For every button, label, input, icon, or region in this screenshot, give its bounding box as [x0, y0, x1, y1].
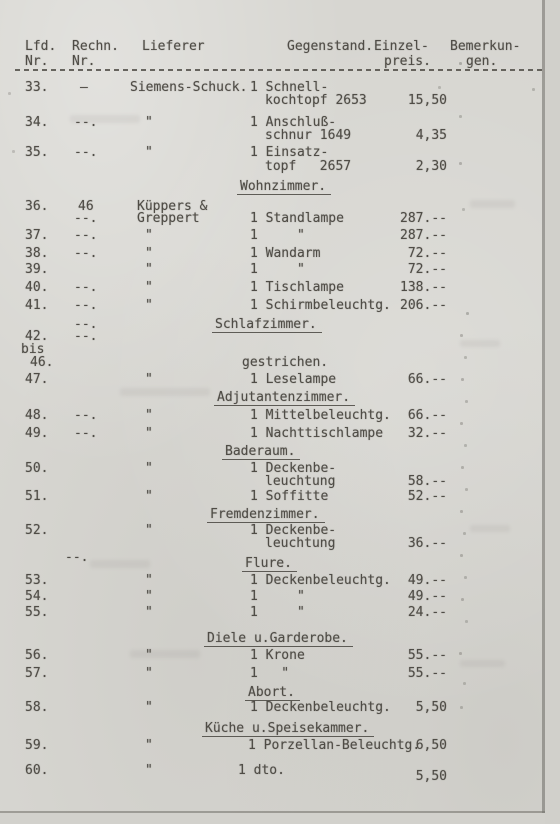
lieferer-cell: Siemens-Schuck.	[130, 81, 247, 94]
bleed-through-mark	[470, 200, 515, 208]
bleed-through-mark	[460, 660, 505, 667]
table-row-continued: --. Greppert 1 Standlampe 287.--	[0, 212, 542, 226]
gegenstand-cell: 1 "	[250, 263, 305, 276]
lfd-nr-cell: 49.	[25, 427, 48, 440]
lfd-nr-cell: 51.	[25, 490, 48, 503]
table-row: 47. " 1 Leselampe 66.--	[0, 373, 542, 387]
table-row-continued: 46. gestrichen.	[0, 356, 542, 370]
einzelpreis-cell: 55.--	[363, 649, 447, 662]
einzelpreis-cell: 66.--	[363, 373, 447, 386]
lieferer-ditto: "	[145, 427, 153, 440]
section-heading-flure: Flure.	[242, 557, 297, 572]
table-row: 48. --. " 1 Mittelbeleuchtg. 66.--	[0, 409, 542, 423]
lieferer-ditto: "	[145, 116, 153, 129]
header-lfd: Lfd.	[25, 40, 56, 53]
table-row-continued: 5,50	[0, 770, 542, 784]
gegenstand-cell: 1 Tischlampe	[250, 281, 344, 294]
section-heading-baderaum: Baderaum.	[222, 445, 300, 460]
einzelpreis-cell: 4,35	[363, 129, 447, 142]
section-row: Baderaum.	[0, 445, 542, 459]
lfd-nr-cell: 38.	[25, 247, 48, 260]
gegenstand-cell: 1 Standlampe	[250, 212, 344, 225]
lieferer-ditto: "	[145, 247, 153, 260]
lfd-nr-cell: 59.	[25, 739, 48, 752]
lfd-nr-cell: 39.	[25, 263, 48, 276]
table-row-continued: topf 2657 2,30	[0, 160, 542, 174]
table-row-continued: kochtopf 2653 15,50	[0, 94, 542, 108]
lieferer-ditto: "	[145, 263, 153, 276]
einzelpreis-cell: 24.--	[363, 606, 447, 619]
gegenstand-cell: 1 "	[250, 606, 305, 619]
gegenstand-cell: 1 Einsatz-	[250, 146, 328, 159]
lieferer-ditto: "	[145, 409, 153, 422]
page-right-margin	[545, 0, 560, 824]
lieferer-ditto: "	[145, 574, 153, 587]
table-row: 53. " 1 Deckenbeleuchtg. 49.--	[0, 574, 542, 588]
rechn-nr-cell: —	[80, 81, 88, 94]
lfd-nr-cell: 35.	[25, 146, 48, 159]
einzelpreis-cell: 287.--	[363, 212, 447, 225]
section-row: Küche u.Speisekammer.	[0, 722, 542, 736]
section-heading-diele-garderobe: Diele u.Garderobe.	[204, 632, 353, 647]
table-row-continued: schnur 1649 4,35	[0, 129, 542, 143]
bleed-through-mark	[70, 115, 140, 123]
lfd-nr-cell: 37.	[25, 229, 48, 242]
gegenstand-cell: 1 "	[250, 229, 305, 242]
lfd-nr-cell: 41.	[25, 299, 48, 312]
section-heading-abort: Abort.	[245, 686, 300, 701]
rechn-nr-cell: --.	[74, 409, 97, 422]
lfd-nr-cell: 48.	[25, 409, 48, 422]
rechn-nr-cell: --.	[74, 146, 97, 159]
rechn-nr-cell: --.	[74, 330, 97, 343]
gegenstand-cell-2: topf 2657	[265, 160, 351, 173]
gegenstand-cell: 1 "	[250, 667, 289, 680]
table-row: 40. --. " 1 Tischlampe 138.--	[0, 281, 542, 295]
rechn-nr-cell: --.	[74, 247, 97, 260]
section-heading-adjutantenzimmer: Adjutantenzimmer.	[214, 391, 355, 406]
gegenstand-cell: 1 "	[250, 590, 305, 603]
einzelpreis-cell: 49.--	[363, 590, 447, 603]
einzelpreis-cell: 2,30	[363, 160, 447, 173]
lieferer-ditto: "	[145, 462, 153, 475]
lieferer-ditto: "	[145, 590, 153, 603]
gegenstand-cell-2: kochtopf 2653	[265, 94, 367, 107]
lieferer-ditto: "	[145, 229, 153, 242]
einzelpreis-cell: 287.--	[363, 229, 447, 242]
rechn-nr-cell: --.	[74, 299, 97, 312]
lfd-nr-cell: 47.	[25, 373, 48, 386]
lieferer-ditto: "	[145, 739, 153, 752]
lfd-nr-cell-2: 46.	[30, 356, 53, 369]
lieferer-ditto: "	[145, 701, 153, 714]
lfd-nr-cell: 58.	[25, 701, 48, 714]
lfd-nr-cell: 54.	[25, 590, 48, 603]
section-row: Fremdenzimmer.	[0, 508, 542, 522]
einzelpreis-cell: 5,50	[363, 770, 447, 783]
header-divider	[15, 69, 542, 71]
lfd-nr-cell: 57.	[25, 667, 48, 680]
gegenstand-cell: 1 Krone	[250, 649, 305, 662]
einzelpreis-cell: 72.--	[363, 247, 447, 260]
table-row: 41. --. " 1 Schirmbeleuchtg. 206.--	[0, 299, 542, 313]
table-row: 55. " 1 " 24.--	[0, 606, 542, 620]
header-lieferer: Lieferer	[142, 40, 205, 53]
rechn-nr-cell-2: --.	[74, 212, 97, 225]
section-heading-wohnzimmer: Wohnzimmer.	[237, 180, 331, 195]
lieferer-ditto: "	[145, 490, 153, 503]
lieferer-ditto: "	[145, 667, 153, 680]
einzelpreis-cell: 32.--	[363, 427, 447, 440]
lieferer-ditto: "	[145, 524, 153, 537]
header-einzelpreis-2: preis.	[384, 55, 431, 68]
gegenstand-cell-2: leuchtung	[265, 537, 335, 550]
einzelpreis-cell: 36.--	[363, 537, 447, 550]
bleed-through-mark	[130, 650, 200, 658]
header-einzelpreis: Einzel-	[374, 40, 429, 53]
header-bemerkungen: Bemerkun-	[450, 40, 520, 53]
bleed-through-dots	[0, 0, 3, 3]
einzelpreis-cell: 6,50	[363, 739, 447, 752]
section-heading-kueche-speisekammer: Küche u.Speisekammer.	[202, 722, 374, 737]
table-row: 54. " 1 " 49.--	[0, 590, 542, 604]
table-row: 58. " 1 Deckenbeleuchtg. 5,50	[0, 701, 542, 715]
table-row: 35. --. " 1 Einsatz-	[0, 146, 542, 160]
table-row: 39. " 1 " 72.--	[0, 263, 542, 277]
einzelpreis-cell: 138.--	[363, 281, 447, 294]
table-row: 59. " 1 Porzellan-Beleuchtg. 6,50	[0, 739, 542, 753]
gegenstand-cell: 1 Wandarm	[250, 247, 320, 260]
page-bottom-margin	[0, 813, 545, 824]
rechn-nr-cell: --.	[74, 427, 97, 440]
gegenstand-cell: 1 Leselampe	[250, 373, 336, 386]
table-row: 51. " 1 Soffitte 52.--	[0, 490, 542, 504]
section-row: Wohnzimmer.	[0, 180, 542, 194]
lfd-nr-cell: 33.	[25, 81, 48, 94]
einzelpreis-cell: 58.--	[363, 475, 447, 488]
table-row-continued: leuchtung 58.--	[0, 475, 542, 489]
einzelpreis-cell: 66.--	[363, 409, 447, 422]
table-row: 37. --. " 1 " 287.--	[0, 229, 542, 243]
header-rechn-nr: Nr.	[72, 55, 95, 68]
gegenstand-cell-2: leuchtung	[265, 475, 335, 488]
lfd-nr-cell: 34.	[25, 116, 48, 129]
einzelpreis-cell: 72.--	[363, 263, 447, 276]
lieferer-ditto: "	[145, 281, 153, 294]
bleed-through-mark	[120, 388, 210, 396]
header-gegenstand: Gegenstand.	[287, 40, 373, 53]
table-header-row-1: Lfd. Rechn. Lieferer Gegenstand. Einzel-…	[0, 40, 542, 54]
bleed-through-mark	[90, 560, 150, 568]
einzelpreis-cell: 206.--	[363, 299, 447, 312]
rechn-nr-cell: --.	[74, 281, 97, 294]
lfd-nr-cell: 55.	[25, 606, 48, 619]
bleed-through-mark	[470, 525, 510, 532]
header-rechn: Rechn.	[72, 40, 119, 53]
lfd-nr-cell: 53.	[25, 574, 48, 587]
table-row: 57. " 1 " 55.--	[0, 667, 542, 681]
einzelpreis-cell: 15,50	[363, 94, 447, 107]
header-lfd-nr: Nr.	[25, 55, 48, 68]
lieferer-ditto: "	[145, 373, 153, 386]
section-heading-fremdenzimmer: Fremdenzimmer.	[207, 508, 325, 523]
table-row: 49. --. " 1 Nachttischlampe 32.--	[0, 427, 542, 441]
lfd-nr-cell: 52.	[25, 524, 48, 537]
scanned-document-page: Lfd. Rechn. Lieferer Gegenstand. Einzel-…	[0, 0, 560, 824]
lfd-nr-cell: 40.	[25, 281, 48, 294]
table-row-continued: leuchtung 36.--	[0, 537, 542, 551]
lieferer-cell-2: Greppert	[137, 212, 200, 225]
table-header-row-2: Nr. Nr. preis. gen.	[0, 55, 542, 69]
lieferer-ditto: "	[145, 146, 153, 159]
header-bemerkungen-2: gen.	[466, 55, 497, 68]
einzelpreis-cell: 52.--	[363, 490, 447, 503]
rechn-nr-cell: --.	[74, 229, 97, 242]
section-row: Diele u.Garderobe.	[0, 632, 542, 646]
lfd-nr-cell: 50.	[25, 462, 48, 475]
lfd-nr-cell: 56.	[25, 649, 48, 662]
table-row: 38. --. " 1 Wandarm 72.--	[0, 247, 542, 261]
einzelpreis-cell: 49.--	[363, 574, 447, 587]
section-row: Abort.	[0, 686, 542, 700]
gegenstand-cell: 1 Soffitte	[250, 490, 328, 503]
lieferer-ditto: "	[145, 606, 153, 619]
einzelpreis-cell: 55.--	[363, 667, 447, 680]
gegenstand-cell-2: schnur 1649	[265, 129, 351, 142]
section-row: Adjutantenzimmer.	[0, 391, 542, 405]
einzelpreis-cell: 5,50	[363, 701, 447, 714]
bleed-through-mark	[460, 340, 500, 347]
section-row: Flure.	[0, 557, 542, 571]
gestrichen-note: gestrichen.	[242, 356, 328, 369]
lieferer-ditto: "	[145, 299, 153, 312]
